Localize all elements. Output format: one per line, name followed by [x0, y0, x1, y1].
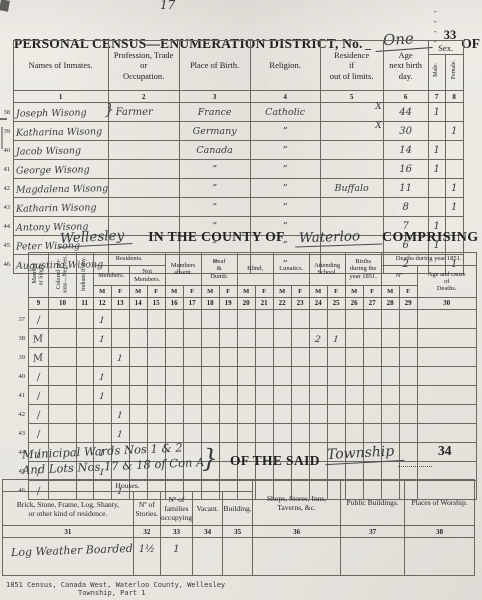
- comprising-label: COMPRISING: [382, 230, 479, 246]
- statistics-row: 38 M 1 2 1: [16, 329, 476, 348]
- row-number: 37: [16, 310, 28, 329]
- cell-deaths-f: [399, 348, 417, 367]
- cell-deaths-age-cause: [417, 424, 476, 443]
- col-number: 9: [28, 298, 49, 310]
- header-places-of-worship: Places of Worship.: [405, 480, 475, 526]
- header-m: M: [345, 286, 363, 298]
- cell-deaths-m: [381, 405, 399, 424]
- cell-deaths-m: [381, 310, 399, 329]
- cell-members-f: [111, 367, 129, 386]
- cell-members-f: 1: [111, 405, 129, 424]
- cell-lunatic-m: [273, 367, 291, 386]
- header-religion: Religion.: [250, 41, 320, 91]
- cell-members-f: [111, 386, 129, 405]
- cell-school-f: [327, 367, 345, 386]
- cell-age: 30: [383, 122, 428, 141]
- cell-births-m: [345, 424, 363, 443]
- cell-blind-f: [255, 310, 273, 329]
- col-number: 27: [363, 298, 381, 310]
- col-number: 12: [93, 298, 111, 310]
- col-number: 36: [253, 526, 341, 538]
- cell-members-m: 1: [93, 329, 111, 348]
- cell-residence: [320, 141, 383, 160]
- cell-deaths-m: [381, 462, 399, 481]
- cell-religion: ”: [250, 122, 320, 141]
- houses-table: Houses. Shops, Stores, Inns, Taverns, &c…: [2, 479, 475, 576]
- census-person-row: 43 Katharin Wisong ” ” 8 1: [1, 198, 463, 217]
- cell-absent-f: [183, 367, 201, 386]
- cell-deaf-f: [219, 424, 237, 443]
- cell-deaths-age-cause: [417, 310, 476, 329]
- cell-residence: Buffalo: [320, 179, 383, 198]
- cell-name: Joseph Wisong: [13, 103, 108, 122]
- col-number: 6: [383, 91, 428, 103]
- col-number: 14: [129, 298, 147, 310]
- cell-age: 11: [383, 179, 428, 198]
- cell-absent-m: [165, 348, 183, 367]
- row-number: 40: [1, 141, 13, 160]
- handwritten-township: Wellesley: [58, 227, 133, 248]
- cell-births-m: [345, 348, 363, 367]
- cell-deaf-f: [219, 329, 237, 348]
- dotted-line: [398, 466, 432, 467]
- header-m: M: [237, 286, 255, 298]
- header-female: Female.: [445, 55, 463, 91]
- cell-female: [445, 160, 463, 179]
- col-number: 4: [250, 91, 320, 103]
- header-deaf-dumb: Deaf & Dumb.: [201, 253, 237, 286]
- col-number: 8: [445, 91, 463, 103]
- col-number: 15: [147, 298, 165, 310]
- cell-lunatic-f: [291, 310, 309, 329]
- cell-deaths-f: [399, 329, 417, 348]
- cell-members-m: 1: [93, 367, 111, 386]
- row-number: 39: [16, 348, 28, 367]
- cell-births-f: [363, 348, 381, 367]
- cell-lunatic-m: [273, 348, 291, 367]
- cell-births-f: [363, 386, 381, 405]
- cell-notmembers-m: [129, 367, 147, 386]
- cell-deaf-m: [201, 386, 219, 405]
- row-number: 42: [1, 179, 13, 198]
- cell-occupation: [108, 122, 179, 141]
- header-residents-group: Residents.: [93, 253, 165, 266]
- cell-male: 1: [428, 160, 445, 179]
- cell-married: M: [28, 348, 49, 367]
- col-number: 16: [165, 298, 183, 310]
- census-person-row: 38 Joseph Wisong }Farmer France Catholic…: [1, 103, 463, 122]
- header-f: F: [363, 286, 381, 298]
- col-number: 29: [399, 298, 417, 310]
- cell-deaths-m: [381, 348, 399, 367]
- cell-married: /: [28, 367, 49, 386]
- header-age-cause-deaths: Age and cause of Deaths.: [417, 266, 476, 298]
- cell-colored: [49, 424, 76, 443]
- cell-deaths-age-cause: [417, 386, 476, 405]
- col-number: 31: [3, 526, 134, 538]
- cell-religion: Catholic: [250, 103, 320, 122]
- cell-births-f: [363, 367, 381, 386]
- cell-births-f: [363, 405, 381, 424]
- cell-births-m: [345, 405, 363, 424]
- cell-school-f: [327, 310, 345, 329]
- cell-male: 1: [428, 141, 445, 160]
- statistics-row: 43 / 1: [16, 424, 476, 443]
- archive-caption: 1851 Census, Canada West, Waterloo Count…: [6, 581, 225, 597]
- col-number: 13: [111, 298, 129, 310]
- cell-school-m: 2: [309, 329, 327, 348]
- cell-notmembers-f: [147, 424, 165, 443]
- cell-blind-m: [237, 310, 255, 329]
- cell-notmembers-m: [129, 424, 147, 443]
- cell-absent-f: [183, 348, 201, 367]
- cell-absent-m: [165, 386, 183, 405]
- header-names: Names of Inmates.: [13, 41, 108, 91]
- header-shops: Shops, Stores, Inns, Taverns, &c.: [253, 480, 341, 526]
- header-f: F: [399, 286, 417, 298]
- header-deaths-group: Deaths during year 1851.: [381, 253, 476, 266]
- header-m: M: [165, 286, 183, 298]
- cell-occupation: [108, 198, 179, 217]
- cell-school-f: [327, 424, 345, 443]
- cell-deaths-age-cause: [417, 348, 476, 367]
- cell-deaths-f: [399, 462, 417, 481]
- statistics-row: 39 M 1: [16, 348, 476, 367]
- col-number: 25: [327, 298, 345, 310]
- header-m: M: [129, 286, 147, 298]
- cell-deaths-f: [399, 424, 417, 443]
- row-number: 44: [1, 217, 13, 236]
- cell-births-f: [363, 424, 381, 443]
- cell-deaths-age-cause: [417, 367, 476, 386]
- cell-deaths-f: [399, 386, 417, 405]
- cell-lunatic-f: [291, 424, 309, 443]
- cell-residence: X: [320, 122, 383, 141]
- cell-absent-f: [183, 405, 201, 424]
- cell-female: 1: [445, 198, 463, 217]
- cell-members-m: [93, 405, 111, 424]
- header-indians: Indians if any.: [76, 253, 93, 298]
- cell-members-m: 1: [93, 310, 111, 329]
- row-number: 38: [1, 103, 13, 122]
- cell-male: [428, 179, 445, 198]
- census-document-page: 17 PERSONAL CENSUS—ENUMERATION DISTRICT,…: [0, 0, 482, 600]
- header-m: M: [309, 286, 327, 298]
- cell-colored: [49, 367, 76, 386]
- cell-deaths-age-cause: [417, 329, 476, 348]
- cell-indians: [76, 405, 93, 424]
- cell-name: Katharina Wisong: [13, 122, 108, 141]
- header-f: F: [327, 286, 345, 298]
- cell-notmembers-f: [147, 348, 165, 367]
- cell-age: 16: [383, 160, 428, 179]
- header-deaths-number: Nº: [381, 266, 417, 286]
- cell-births-m: [345, 462, 363, 481]
- header-age: Age next birth day.: [383, 41, 428, 91]
- col-number: 7: [428, 91, 445, 103]
- header-f: F: [291, 286, 309, 298]
- cell-absent-m: [165, 329, 183, 348]
- house-row: Log Weather Boarded 1½ 1: [3, 538, 475, 576]
- cell-religion: ”: [250, 198, 320, 217]
- cell-married: M: [28, 329, 49, 348]
- col-number: 2: [108, 91, 179, 103]
- header-not-members: Not Members.: [129, 266, 165, 286]
- handwritten-page-note: 17: [160, 0, 175, 12]
- cell-deaf-m: [201, 367, 219, 386]
- cell-notmembers-m: [129, 329, 147, 348]
- cell-birthplace: ”: [179, 160, 250, 179]
- cell-colored: [49, 348, 76, 367]
- cell-indians: [76, 424, 93, 443]
- cell-residence: [320, 198, 383, 217]
- header-m: M: [381, 286, 399, 298]
- cell-notmembers-f: [147, 329, 165, 348]
- header-stories: Nº of Stories.: [133, 492, 160, 526]
- cell-residence-kind: Log Weather Boarded: [3, 538, 134, 576]
- header-m: M: [273, 286, 291, 298]
- hand-x-mark: X: [375, 121, 381, 131]
- cell-places-of-worship: [405, 538, 475, 576]
- header-births-1851: Births during the year 1851.: [345, 253, 381, 286]
- census-person-row: 39 Katharina Wisong Germany ” X 30 1: [1, 122, 463, 141]
- cell-residence: X: [320, 103, 383, 122]
- cell-blind-m: [237, 367, 255, 386]
- cell-notmembers-f: [147, 367, 165, 386]
- cell-deaf-m: [201, 348, 219, 367]
- cell-colored: [49, 386, 76, 405]
- cell-indians: [76, 348, 93, 367]
- cell-school-m: [309, 348, 327, 367]
- cell-deaf-f: [219, 367, 237, 386]
- cell-indians: [76, 329, 93, 348]
- cell-colored: [49, 329, 76, 348]
- col-number: 5: [320, 91, 383, 103]
- of-the-said-label: OF THE SAID: [230, 453, 320, 469]
- cell-residence: [320, 160, 383, 179]
- row-number: 42: [16, 405, 28, 424]
- col-number: 18: [201, 298, 219, 310]
- cell-notmembers-m: [129, 405, 147, 424]
- cell-colored: [49, 405, 76, 424]
- cell-blind-f: [255, 424, 273, 443]
- cell-school-m: [309, 424, 327, 443]
- cell-births-f: [363, 310, 381, 329]
- cell-absent-f: [183, 424, 201, 443]
- cell-deaths-f: [399, 367, 417, 386]
- col-number: 26: [345, 298, 363, 310]
- header-residence-kind: Brick, Stone, Frame, Log, Shanty, or oth…: [3, 492, 134, 526]
- cell-name: Jacob Wisong: [13, 141, 108, 160]
- cell-religion: ”: [250, 179, 320, 198]
- cell-school-m: [309, 310, 327, 329]
- col-number: 23: [291, 298, 309, 310]
- col-number: 35: [223, 526, 253, 538]
- col-number: 19: [219, 298, 237, 310]
- cell-birthplace: Germany: [179, 122, 250, 141]
- cell-births-m: [345, 310, 363, 329]
- cell-members-f: [111, 329, 129, 348]
- cell-school-f: 1: [327, 329, 345, 348]
- cell-lunatic-f: [291, 367, 309, 386]
- cell-occupation: [108, 160, 179, 179]
- col-number: 37: [341, 526, 405, 538]
- col-number: 17: [183, 298, 201, 310]
- cell-blind-m: [237, 329, 255, 348]
- cell-notmembers-m: [129, 386, 147, 405]
- header-birthplace: Place of Birth.: [179, 41, 250, 91]
- cell-deaths-f: [399, 310, 417, 329]
- col-number: 34: [193, 526, 223, 538]
- cell-age: 44: [383, 103, 428, 122]
- statistics-row: 41 / 1: [16, 386, 476, 405]
- header-sex: Sex.: [428, 41, 463, 55]
- cell-births-f: [363, 462, 381, 481]
- row-number: 40: [16, 367, 28, 386]
- cell-absent-m: [165, 367, 183, 386]
- cell-absent-f: [183, 386, 201, 405]
- col-number: 22: [273, 298, 291, 310]
- of-label: OF: [461, 36, 480, 52]
- cell-indians: [76, 386, 93, 405]
- cell-name: Katharin Wisong: [13, 198, 108, 217]
- col-number: 1: [13, 91, 108, 103]
- cell-deaf-m: [201, 310, 219, 329]
- cell-deaths-m: [381, 386, 399, 405]
- cell-building: [223, 538, 253, 576]
- cell-births-f: [363, 329, 381, 348]
- header-members-absent: Members absent.: [165, 253, 201, 286]
- cell-deaths-age-cause: [417, 462, 476, 481]
- cell-age: 8: [383, 198, 428, 217]
- cell-school-f: [327, 348, 345, 367]
- cell-birthplace: ”: [179, 198, 250, 217]
- col-number: 32: [133, 526, 160, 538]
- census-person-row: 41 George Wisong ” ” 16 1: [1, 160, 463, 179]
- cell-lunatic-f: [291, 386, 309, 405]
- cell-deaths-age-cause: [417, 405, 476, 424]
- header-f: F: [219, 286, 237, 298]
- margin-column: [16, 253, 28, 310]
- cell-absent-m: [165, 405, 183, 424]
- cell-notmembers-f: [147, 386, 165, 405]
- cell-occupation: [108, 179, 179, 198]
- cell-indians: [76, 367, 93, 386]
- col-number: 28: [381, 298, 399, 310]
- cell-blind-f: [255, 348, 273, 367]
- header-blind: Blind,: [237, 253, 273, 286]
- cell-stories: 1½: [133, 538, 160, 576]
- col-number: 21: [255, 298, 273, 310]
- header-f: F: [111, 286, 129, 298]
- col-number: 24: [309, 298, 327, 310]
- cell-female: 1: [445, 179, 463, 198]
- cell-deaf-m: [201, 405, 219, 424]
- census-person-row: 40 Jacob Wisong Canada ” 14 1: [1, 141, 463, 160]
- row-number: 43: [16, 424, 28, 443]
- cell-notmembers-f: [147, 310, 165, 329]
- cell-deaf-m: [201, 424, 219, 443]
- header-f: F: [147, 286, 165, 298]
- row-number: 45: [1, 236, 13, 255]
- col-number: 30: [417, 298, 476, 310]
- header-residence: Residence if out of limits.: [320, 41, 383, 91]
- cell-female: [445, 141, 463, 160]
- cell-blind-f: [255, 329, 273, 348]
- col-number: 38: [405, 526, 475, 538]
- cell-members-m: [93, 424, 111, 443]
- cell-married: /: [28, 405, 49, 424]
- cell-deaf-m: [201, 329, 219, 348]
- cell-lunatic-f: [291, 348, 309, 367]
- cell-members-f: 1: [111, 424, 129, 443]
- cell-vacant: [193, 538, 223, 576]
- header-m: M: [93, 286, 111, 298]
- col-number: 10: [49, 298, 76, 310]
- cell-school-m: [309, 386, 327, 405]
- printed-county-label: IN THE COUNTY OF: [148, 229, 285, 245]
- cell-absent-f: [183, 329, 201, 348]
- cell-public-buildings: [341, 538, 405, 576]
- header-married-single: Married or Single.: [28, 253, 49, 298]
- cell-female: [445, 103, 463, 122]
- header-colored-persons: Colored per- sons—Negroes.: [49, 253, 76, 298]
- cell-married: /: [28, 424, 49, 443]
- cell-lunatic-m: [273, 405, 291, 424]
- hand-brace: }: [202, 444, 218, 473]
- caption-line-2: Township, Part 1: [78, 589, 225, 597]
- cell-male: [428, 198, 445, 217]
- margin-column: [1, 41, 13, 103]
- cell-deaf-f: [219, 310, 237, 329]
- cell-lunatic-m: [273, 329, 291, 348]
- cell-married: /: [28, 310, 49, 329]
- cell-lunatic-m: [273, 424, 291, 443]
- cell-notmembers-m: [129, 348, 147, 367]
- cell-shops: [253, 538, 341, 576]
- col-number: 20: [237, 298, 255, 310]
- cell-blind-m: [237, 386, 255, 405]
- cell-name: Magdalena Wisong: [13, 179, 108, 198]
- cell-members-f: 1: [111, 348, 129, 367]
- cell-school-m: [309, 367, 327, 386]
- header-vacant: Vacant.: [193, 492, 223, 526]
- cell-male: 1: [428, 103, 445, 122]
- scan-smudge: [0, 0, 10, 12]
- col-number: 11: [76, 298, 93, 310]
- header-families: Nº of families occupying: [160, 492, 192, 526]
- cell-blind-f: [255, 405, 273, 424]
- statistics-row: 37 / 1: [16, 310, 476, 329]
- statistics-row: 42 / 1: [16, 405, 476, 424]
- cell-blind-f: [255, 367, 273, 386]
- cell-married: /: [28, 386, 49, 405]
- header-male: Male.: [428, 55, 445, 91]
- cell-lunatic-m: [273, 310, 291, 329]
- header-members: Members.: [93, 266, 129, 286]
- cell-lunatic-m: [273, 386, 291, 405]
- statistics-row: 40 / 1: [16, 367, 476, 386]
- cell-female: 1: [445, 122, 463, 141]
- cell-male: [428, 122, 445, 141]
- cell-deaf-f: [219, 348, 237, 367]
- cell-occupation: [108, 141, 179, 160]
- row-number: 46: [1, 255, 13, 274]
- cell-absent-f: [183, 310, 201, 329]
- cell-religion: ”: [250, 160, 320, 179]
- caption-line-1: 1851 Census, Canada West, Waterloo Count…: [6, 581, 225, 589]
- cell-school-f: [327, 405, 345, 424]
